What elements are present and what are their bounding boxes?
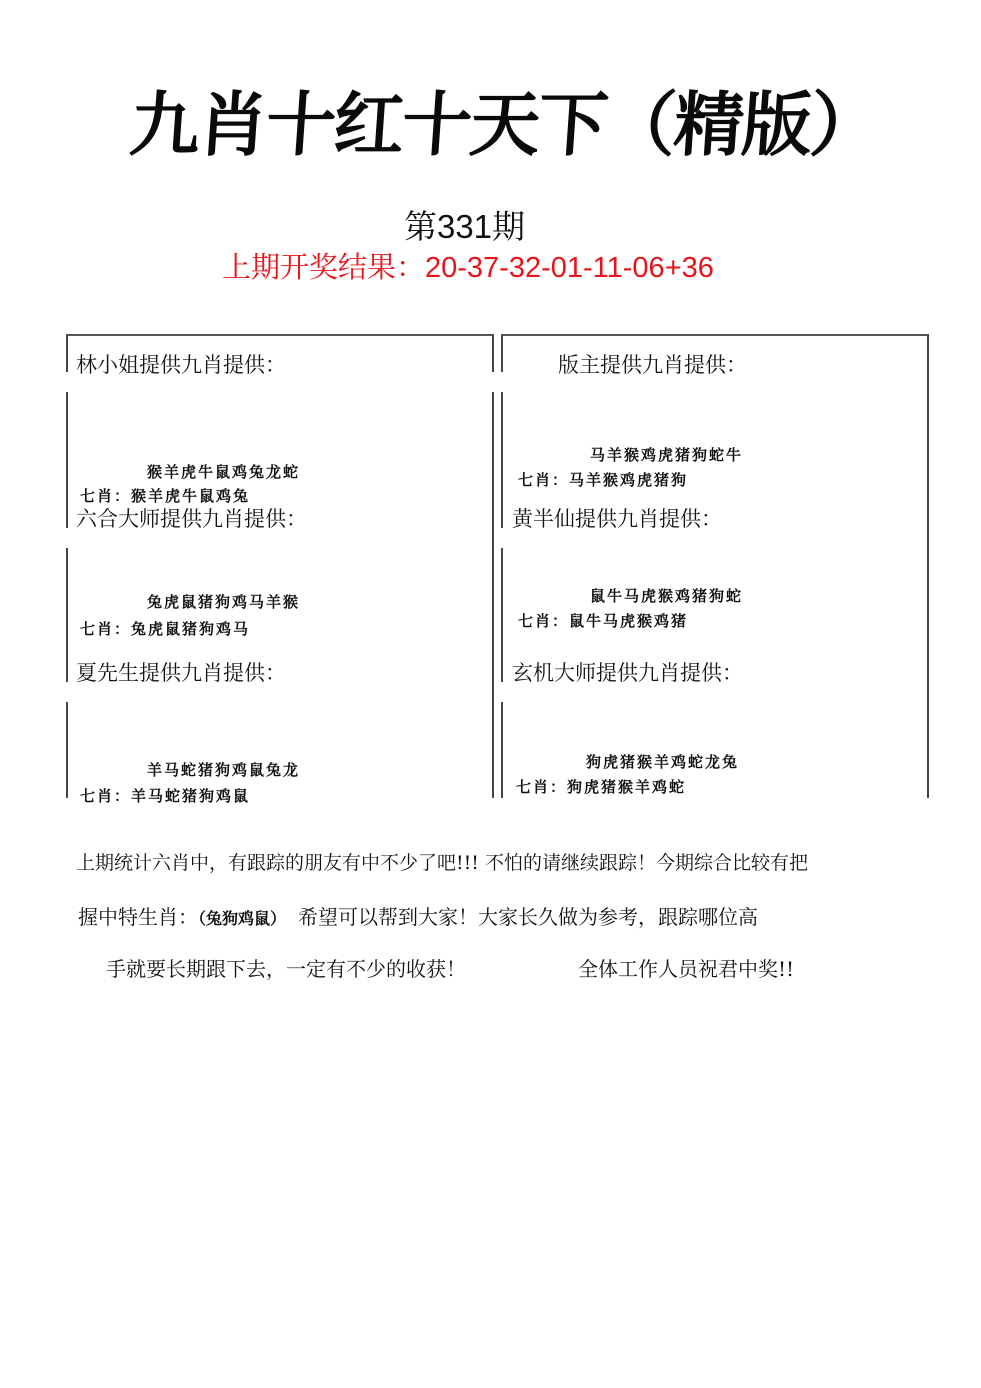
issue-number: 第331期: [0, 207, 981, 247]
footer-line-3a: 手就要长期跟下去，一定有不少的收获！: [106, 955, 466, 983]
footer-line-2-suffix: 希望可以帮到大家！大家长久做为参考，跟踪哪位高: [278, 905, 758, 929]
seven-zodiac-list: 兔虎鼠猪狗鸡马: [131, 620, 250, 638]
panel-heading: 林小姐提供九肖提供：: [76, 352, 286, 378]
panel-heading: 版主提供九肖提供：: [558, 352, 747, 378]
seven-zodiac-list: 猴羊虎牛鼠鸡兔: [131, 487, 250, 505]
seven-zodiac-list: 马羊猴鸡虎猪狗: [569, 471, 688, 489]
footer-line-1: 上期统计六肖中，有跟踪的朋友有中不少了吧!!! 不怕的请继续跟踪！今期综合比较有…: [76, 849, 808, 877]
last-result: 上期开奖结果：20-37-32-01-11-06+36: [222, 250, 714, 286]
footer-line-3b: 全体工作人员祝君中奖!!: [578, 955, 794, 983]
seven-zodiac-row: 七肖：猴羊虎牛鼠鸡兔: [80, 486, 250, 506]
nine-zodiac-list: 猴羊虎牛鼠鸡兔龙蛇: [147, 462, 300, 482]
seven-zodiac-row: 七肖：狗虎猪猴羊鸡蛇: [516, 777, 686, 797]
left-column-frame: [66, 334, 494, 800]
seven-zodiac-row: 七肖：羊马蛇猪狗鸡鼠: [80, 786, 250, 806]
right-column-frame: [501, 334, 929, 800]
panel-heading: 夏先生提供九肖提供：: [76, 660, 286, 686]
nine-zodiac-list: 羊马蛇猪狗鸡鼠兔龙: [147, 760, 300, 780]
last-result-numbers: 20-37-32-01-11-06+36: [425, 252, 714, 284]
seven-zodiac-label: 七肖：: [518, 612, 569, 630]
seven-zodiac-label: 七肖：: [80, 487, 131, 505]
seven-zodiac-label: 七肖：: [518, 471, 569, 489]
nine-zodiac-list: 兔虎鼠猪狗鸡马羊猴: [147, 592, 300, 612]
border-gap: [60, 682, 76, 702]
panel-heading: 黄半仙提供九肖提供：: [512, 506, 722, 532]
seven-zodiac-list: 鼠牛马虎猴鸡猪: [569, 612, 688, 630]
border-gap: [495, 682, 507, 702]
last-result-label: 上期开奖结果：: [222, 252, 425, 284]
footer-line-2: 握中特生肖：（兔狗鸡鼠） 希望可以帮到大家！大家长久做为参考，跟踪哪位高: [78, 903, 758, 933]
seven-zodiac-label: 七肖：: [516, 778, 567, 796]
nine-zodiac-list: 马羊猴鸡虎猪狗蛇牛: [590, 445, 743, 465]
seven-zodiac-list: 羊马蛇猪狗鸡鼠: [131, 787, 250, 805]
panel-heading: 玄机大师提供九肖提供：: [512, 660, 743, 686]
page-title: 九肖十红十天下（精版）: [127, 80, 813, 170]
seven-zodiac-label: 七肖：: [80, 620, 131, 638]
border-gap: [60, 528, 76, 548]
special-zodiac-pick: （兔狗鸡鼠）: [198, 909, 278, 928]
border-gap: [484, 372, 508, 392]
panel-heading: 六合大师提供九肖提供：: [76, 506, 307, 532]
nine-zodiac-list: 鼠牛马虎猴鸡猪狗蛇: [590, 586, 743, 606]
border-gap: [60, 372, 76, 392]
seven-zodiac-list: 狗虎猪猴羊鸡蛇: [567, 778, 686, 796]
border-gap: [495, 528, 507, 548]
seven-zodiac-row: 七肖：马羊猴鸡虎猪狗: [518, 470, 688, 490]
seven-zodiac-row: 七肖：兔虎鼠猪狗鸡马: [80, 619, 250, 639]
footer-line-2-prefix: 握中特生肖：: [78, 905, 198, 929]
nine-zodiac-list: 狗虎猪猴羊鸡蛇龙兔: [586, 752, 739, 772]
issue-number-text: 第331期: [404, 208, 525, 245]
seven-zodiac-label: 七肖：: [80, 787, 131, 805]
seven-zodiac-row: 七肖：鼠牛马虎猴鸡猪: [518, 611, 688, 631]
